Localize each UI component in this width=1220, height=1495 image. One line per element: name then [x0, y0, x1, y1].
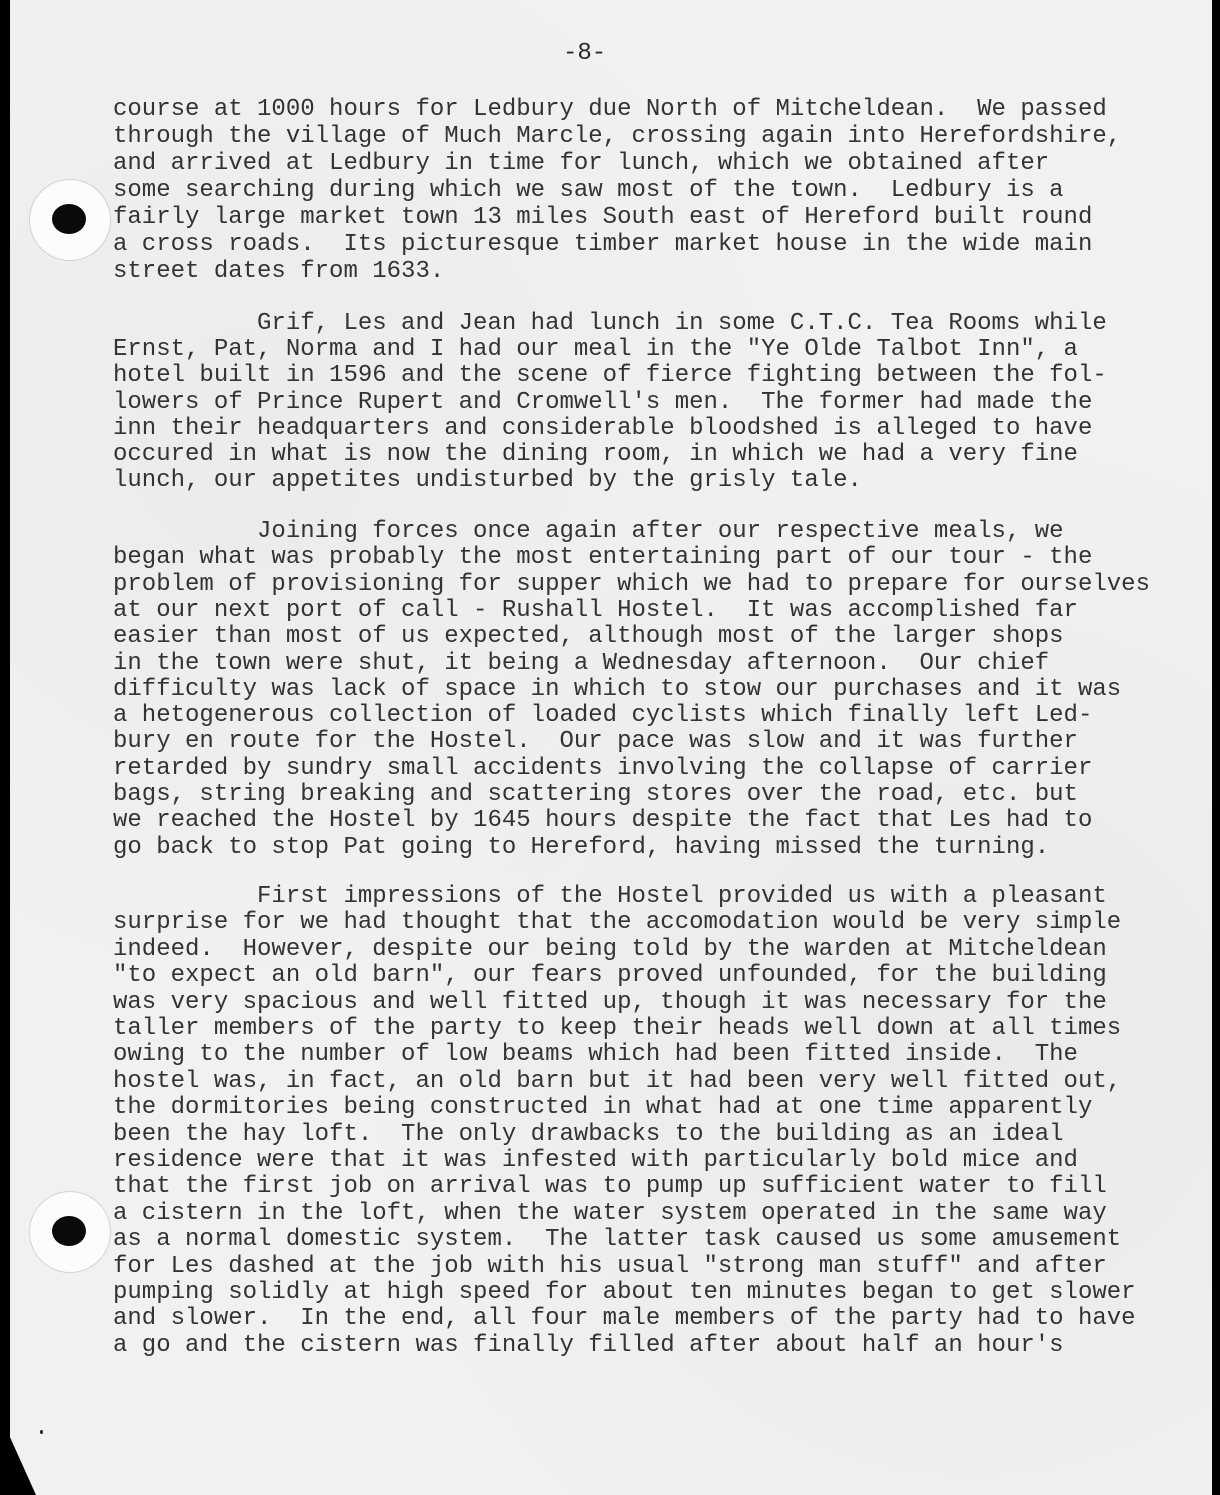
paragraph-3-line: easier than most of us expected, althoug…: [113, 624, 1064, 650]
punch-hole-top: [30, 180, 110, 260]
paragraph-2-line: hotel built in 1596 and the scene of fie…: [113, 363, 1107, 389]
punch-hole-bottom: [30, 1192, 110, 1272]
paragraph-1-line: a cross roads. Its picturesque timber ma…: [113, 232, 1092, 258]
paragraph-2-line: Grif, Les and Jean had lunch in some C.T…: [113, 311, 1107, 337]
paragraph-2-line: inn their headquarters and considerable …: [113, 416, 1092, 442]
paragraph-3-line: bags, string breaking and scattering sto…: [113, 782, 1078, 808]
paragraph-1-line: fairly large market town 13 miles South …: [113, 205, 1092, 231]
ink-speck: [40, 1430, 43, 1434]
paragraph-4-line: pumping solidly at high speed for about …: [113, 1280, 1136, 1306]
paragraph-4-line: that the first job on arrival was to pum…: [113, 1174, 1107, 1200]
paragraph-3-line: we reached the Hostel by 1645 hours desp…: [113, 808, 1092, 834]
hole-icon: [52, 204, 86, 234]
typewritten-page: -8- course at 1000 hours for Ledbury due…: [10, 0, 1212, 1495]
paragraph-1-line: some searching during which we saw most …: [113, 178, 1064, 204]
paragraph-4-line: and slower. In the end, all four male me…: [113, 1306, 1136, 1332]
paragraph-4-line: residence were that it was infested with…: [113, 1148, 1078, 1174]
paragraph-3-line: in the town were shut, it being a Wednes…: [113, 651, 1049, 677]
paragraph-4-line: surprise for we had thought that the acc…: [113, 910, 1121, 936]
paragraph-4-line: as a normal domestic system. The latter …: [113, 1227, 1121, 1253]
paragraph-4-line: taller members of the party to keep thei…: [113, 1016, 1121, 1042]
paragraph-3-line: began what was probably the most enterta…: [113, 545, 1092, 571]
page-number: -8-: [563, 40, 606, 67]
paragraph-4-line: for Les dashed at the job with his usual…: [113, 1254, 1107, 1280]
paragraph-2-line: lunch, our appetites undisturbed by the …: [113, 468, 862, 494]
paragraph-2-line: Ernst, Pat, Norma and I had our meal in …: [113, 337, 1078, 363]
paragraph-4-line: indeed. However, despite our being told …: [113, 937, 1107, 963]
paragraph-1-line: course at 1000 hours for Ledbury due Nor…: [113, 97, 1107, 123]
paragraph-3-line: at our next port of call - Rushall Hoste…: [113, 598, 1078, 624]
paragraph-4-line: a cistern in the loft, when the water sy…: [113, 1201, 1107, 1227]
paragraph-2-line: lowers of Prince Rupert and Cromwell's m…: [113, 390, 1092, 416]
paragraph-3-line: difficulty was lack of space in which to…: [113, 677, 1121, 703]
paragraph-4-line: First impressions of the Hostel provided…: [113, 884, 1107, 910]
paragraph-2-line: occured in what is now the dining room, …: [113, 442, 1078, 468]
paragraph-1-line: through the village of Much Marcle, cros…: [113, 124, 1121, 150]
paragraph-3-line: problem of provisioning for supper which…: [113, 572, 1150, 598]
paragraph-4-line: owing to the number of low beams which h…: [113, 1042, 1078, 1068]
paragraph-4-line: the dormitories being constructed in wha…: [113, 1095, 1092, 1121]
paragraph-1-line: street dates from 1633.: [113, 259, 444, 285]
hole-icon: [52, 1216, 86, 1246]
paragraph-1-line: and arrived at Ledbury in time for lunch…: [113, 151, 1049, 177]
paragraph-3-line: retarded by sundry small accidents invol…: [113, 756, 1092, 782]
paragraph-3-line: go back to stop Pat going to Hereford, h…: [113, 835, 1049, 861]
paragraph-4-line: was very spacious and well fitted up, th…: [113, 990, 1107, 1016]
paragraph-3-line: a hetogenerous collection of loaded cycl…: [113, 703, 1092, 729]
paragraph-4-line: a go and the cistern was finally filled …: [113, 1333, 1064, 1359]
paragraph-4-line: been the hay loft. The only drawbacks to…: [113, 1122, 1064, 1148]
paragraph-4-line: "to expect an old barn", our fears prove…: [113, 963, 1107, 989]
paragraph-3-line: bury en route for the Hostel. Our pace w…: [113, 729, 1078, 755]
torn-corner: [0, 1415, 36, 1495]
paragraph-3-line: Joining forces once again after our resp…: [113, 519, 1064, 545]
paragraph-4-line: hostel was, in fact, an old barn but it …: [113, 1069, 1121, 1095]
